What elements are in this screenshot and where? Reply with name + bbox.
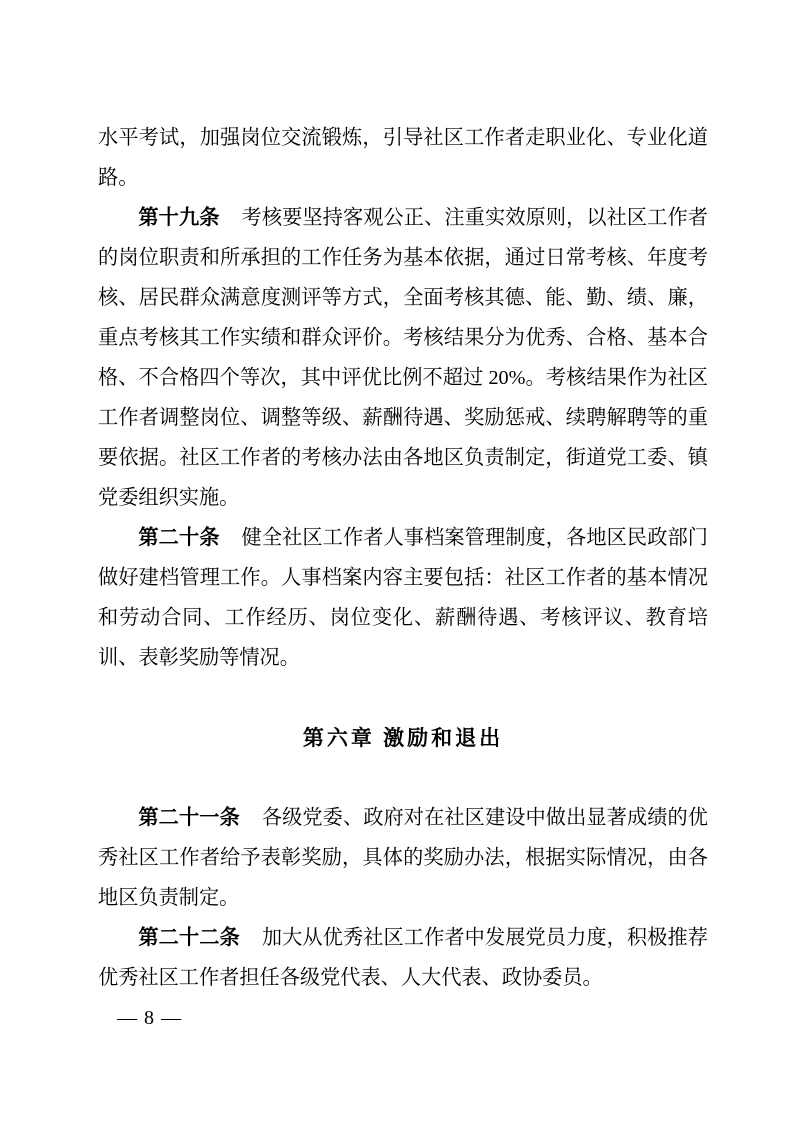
article-22-paragraph: 第二十二条加大从优秀社区工作者中发展党员力度，积极推荐优秀社区工作者担任各级党代… (98, 918, 708, 998)
document-page: 水平考试，加强岗位交流锻炼，引导社区工作者走职业化、专业化道路。 第十九条考核要… (0, 0, 793, 1122)
article-21-paragraph: 第二十一条各级党委、政府对在社区建设中做出显著成绩的优秀社区工作者给予表彰奖励，… (98, 798, 708, 918)
article-20-label: 第二十条 (138, 527, 219, 549)
article-19-label: 第十九条 (138, 207, 219, 229)
document-body: 水平考试，加强岗位交流锻炼，引导社区工作者走职业化、专业化道路。 第十九条考核要… (98, 118, 708, 998)
article-19-text: 考核要坚持客观公正、注重实效原则，以社区工作者的岗位职责和所承担的工作任务为基本… (98, 207, 708, 509)
article-19-paragraph: 第十九条考核要坚持客观公正、注重实效原则，以社区工作者的岗位职责和所承担的工作任… (98, 198, 708, 518)
page-number: — 8 — (117, 998, 182, 1038)
article-22-label: 第二十二条 (138, 927, 239, 949)
article-21-label: 第二十一条 (138, 807, 239, 829)
article-20-paragraph: 第二十条健全社区工作者人事档案管理制度，各地区民政部门做好建档管理工作。人事档案… (98, 518, 708, 678)
paragraph-continuation: 水平考试，加强岗位交流锻炼，引导社区工作者走职业化、专业化道路。 (98, 118, 708, 198)
chapter-6-heading: 第六章 激励和退出 (98, 718, 708, 758)
